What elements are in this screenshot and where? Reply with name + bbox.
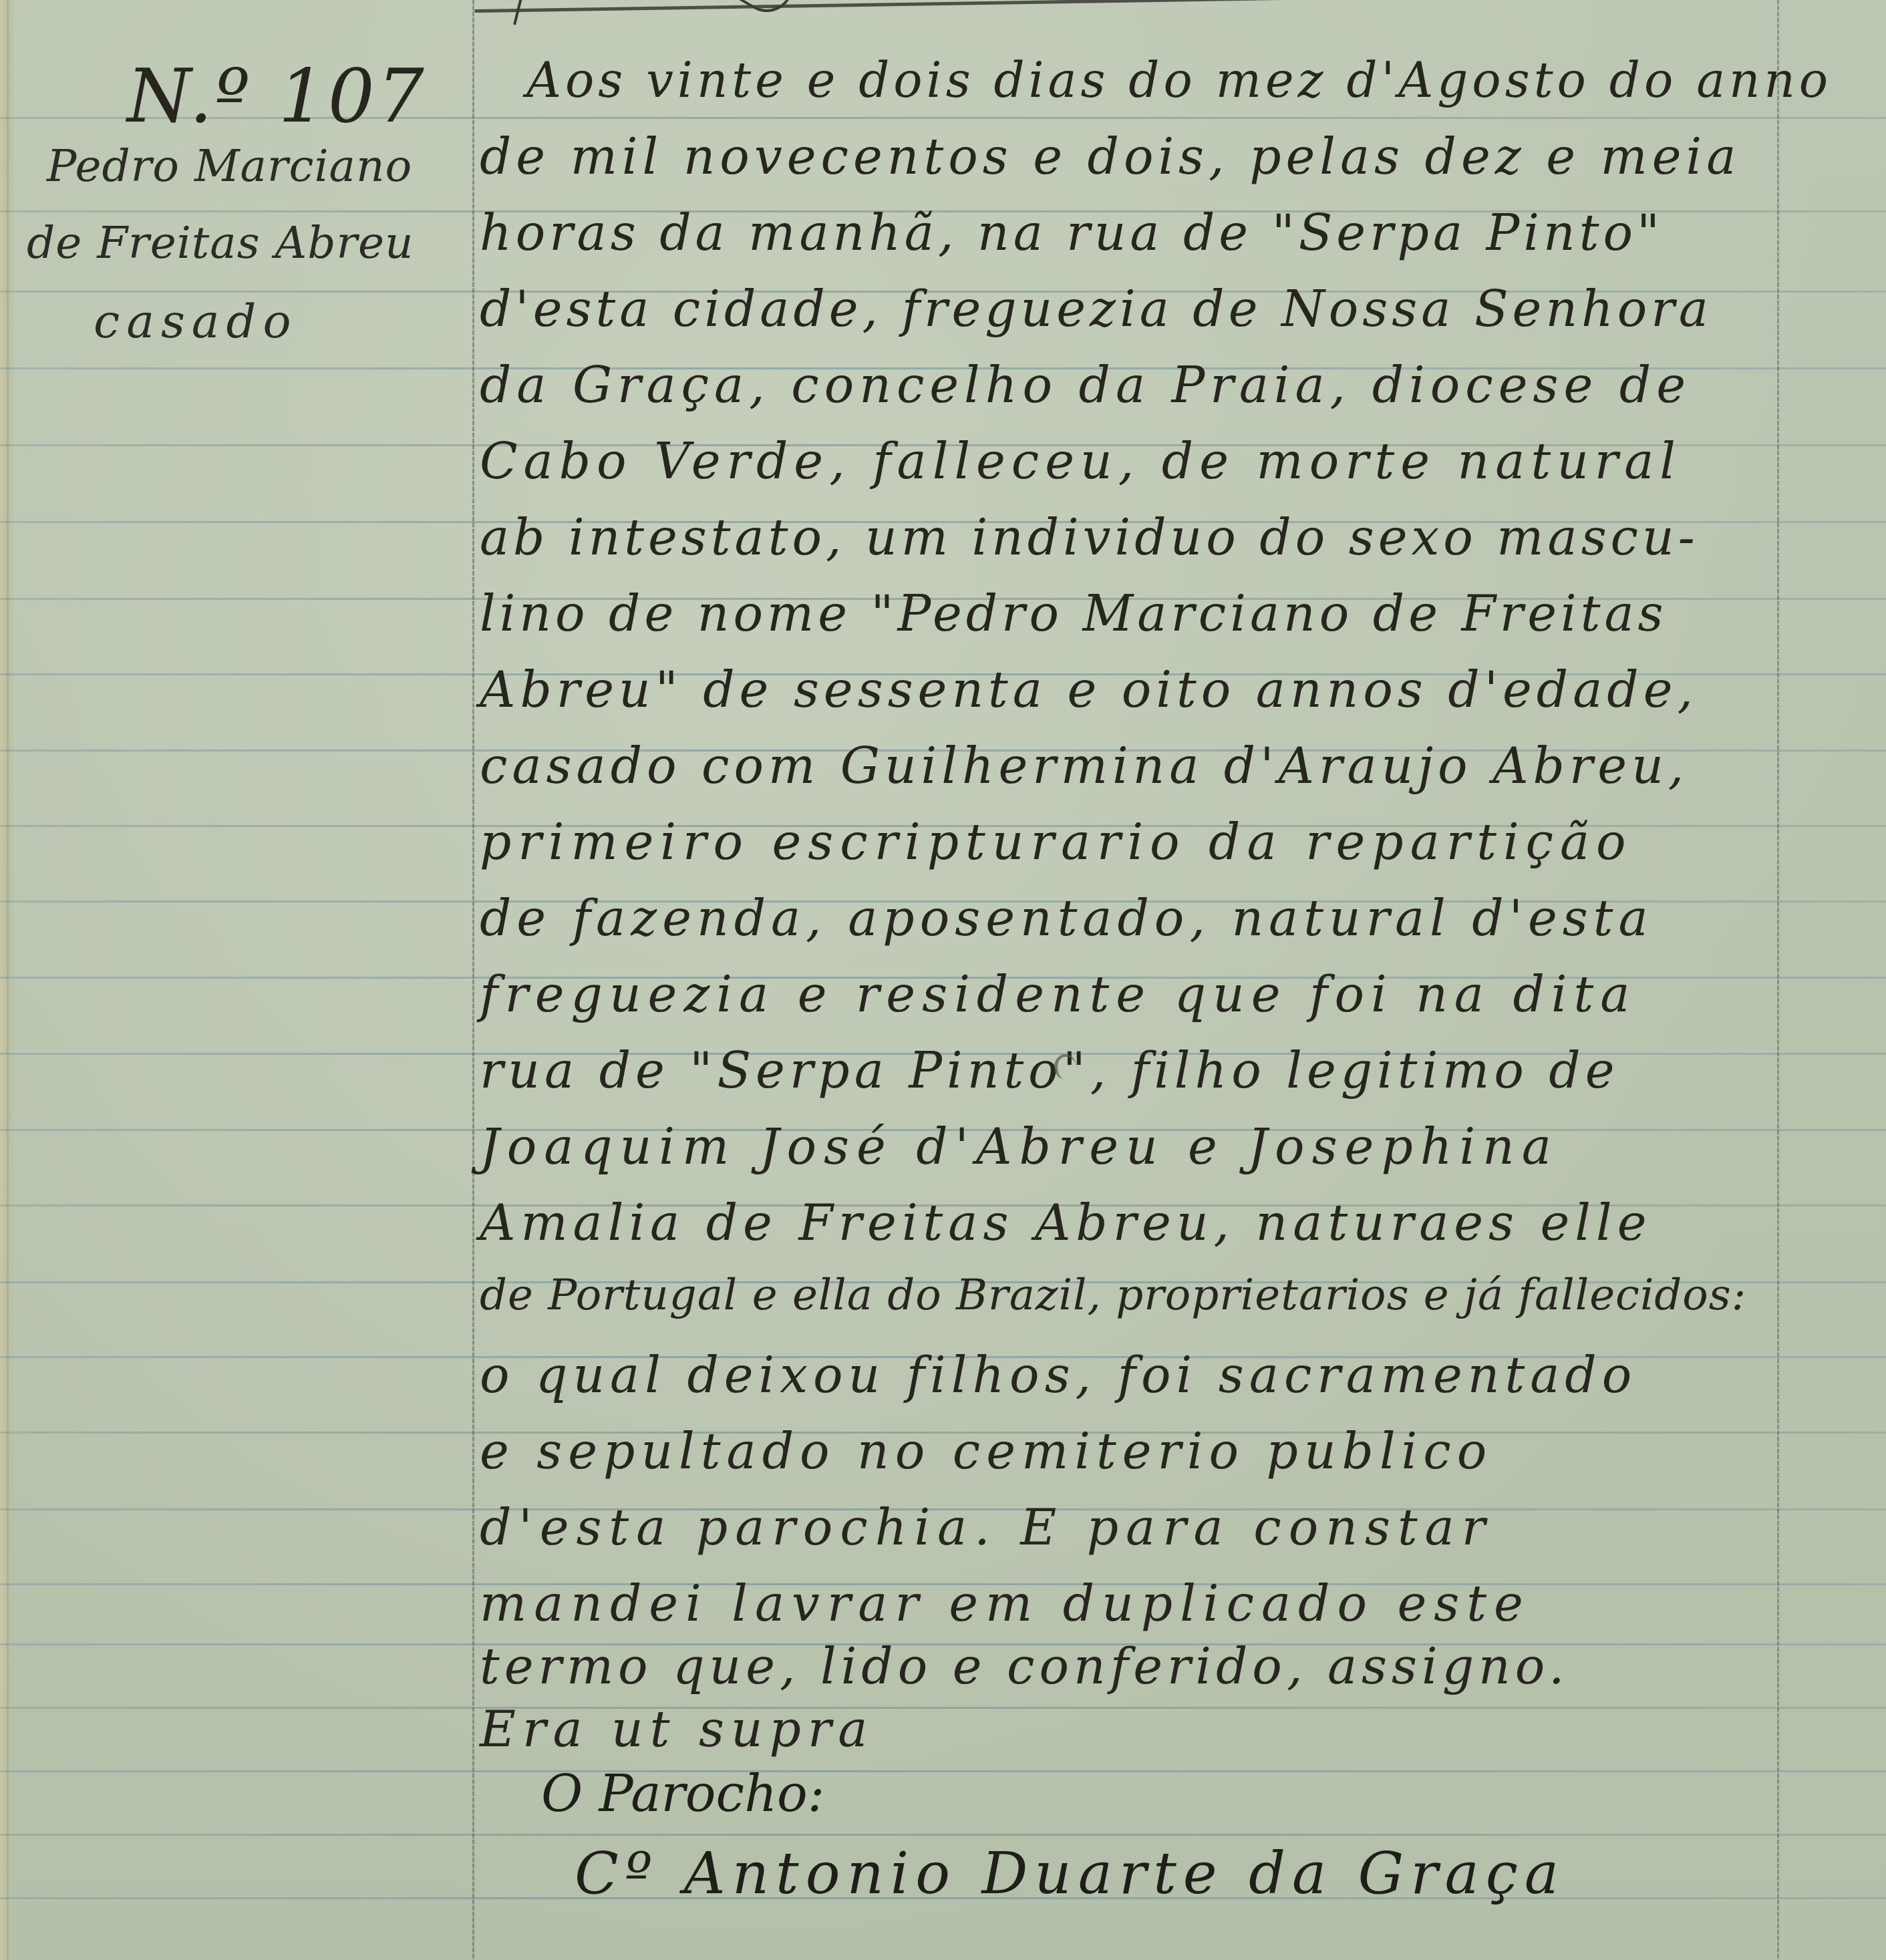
body-line: primeiro escripturario da repartição [480,814,1633,871]
ruled-line [0,1834,1886,1836]
body-line: rua de "Serpa Pinto", filho legitimo de [480,1042,1619,1100]
body-line: Joaquim José d'Abreu e Josephina [480,1118,1559,1176]
body-line: Amalia de Freitas Abreu, naturaes elle [480,1194,1652,1252]
margin-name-line: de Freitas Abreu [27,217,414,269]
body-line: da Graça, concelho da Praia, diocese de [480,357,1691,414]
body-line: horas da manhã, na rua de "Serpa Pinto" [480,204,1664,262]
body-line: de mil novecentos e dois, pelas dez e me… [480,128,1740,186]
body-line: lino de nome "Pedro Marciano de Freitas [480,585,1668,643]
signature-title: O Parocho: [541,1764,824,1823]
paper-hole-mark [1054,1054,1076,1080]
body-line: o qual deixou filhos, foi sacramentado [480,1347,1637,1404]
body-line: casado com Guilhermina d'Araujo Abreu, [480,738,1688,795]
margin-name-line: Pedro Marciano [47,140,412,192]
binding-line [7,0,9,1960]
previous-entry-stroke [740,0,793,22]
signature-name: Cº Antonio Duarte da Graça [575,1840,1565,1907]
body-line: d'esta cidade, freguezia de Nossa Senhor… [480,281,1712,338]
body-line: Aos vinte e dois dias do mez d'Agosto do… [526,52,1832,108]
previous-entry-stroke [513,0,525,25]
ruled-line [0,1707,1886,1709]
margin-status: casado [94,294,298,349]
previous-entry-closing-line [474,0,1777,13]
body-line: ab intestato, um individuo do sexo mascu… [480,509,1699,566]
body-line: termo que, lido e conferido, assigno. [480,1638,1569,1695]
body-line: de fazenda, aposentado, natural d'esta [480,890,1654,947]
body-line: freguezia e residente que foi na dita [480,966,1636,1023]
entry-number: N.º 107 [127,53,427,139]
margin-rule [472,0,474,1960]
ruled-line [0,1770,1886,1772]
right-rule [1777,0,1779,1960]
body-line: e sepultado no cemiterio publico [480,1423,1492,1480]
register-page: N.º 107 Pedro Marciano de Freitas Abreu … [0,0,1886,1960]
body-line: Era ut supra [480,1701,874,1758]
body-line: de Portugal e ella do Brazil, proprietar… [480,1271,1746,1320]
body-line: Abreu" de sessenta e oito annos d'edade, [480,661,1698,719]
body-line: d'esta parochia. E para constar [480,1499,1492,1557]
body-line: Cabo Verde, falleceu, de morte natural [480,433,1682,490]
body-line: mandei lavrar em duplicado este [480,1575,1531,1633]
